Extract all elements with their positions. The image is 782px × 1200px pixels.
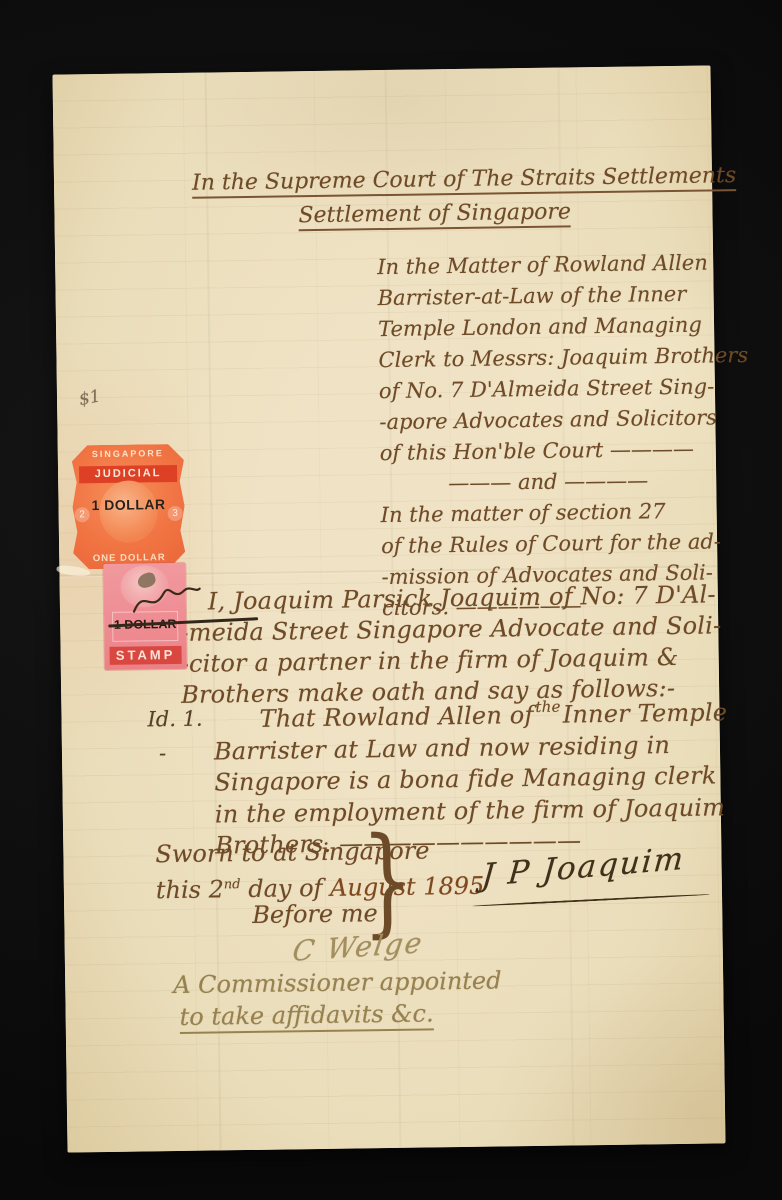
affidavit-page: $1 In the Supreme Court of The Straits S… (53, 65, 726, 1152)
pen-cancellation-mark (130, 583, 202, 620)
matter-and-divider: ——— and ———— (380, 464, 716, 500)
stamp-country-label: SINGAPORE (72, 448, 184, 460)
margin-dash: - (159, 741, 166, 765)
court-heading: In the Supreme Court of The Straits Sett… (192, 163, 736, 196)
matter-line: of this Hon'ble Court ———— (380, 433, 716, 469)
jurat-line: Sworn to at Singapore (155, 835, 484, 871)
caret-insertion: the (535, 692, 561, 724)
commissioner-title-line2: to take affidavits &c. (179, 999, 433, 1031)
pencil-note: $1 (77, 386, 102, 410)
commissioner-signature: C Welge (290, 926, 425, 968)
matter-line: In the Matter of Rowland Allen (377, 247, 713, 283)
judicial-revenue-stamp: SINGAPORE JUDICIAL 2 3 1 DOLLAR ONE DOLL… (72, 444, 186, 570)
jurat-line: this 2nd day of August 1895 (156, 866, 485, 902)
matter-line: Clerk to Messrs: Joaquim Brothers (378, 340, 714, 376)
matter-line: of the Rules of Court for the ad- (381, 526, 717, 562)
matter-line: -apore Advocates and Solicitors (379, 402, 715, 438)
matter-block: In the Matter of Rowland Allen Barrister… (377, 247, 718, 624)
stamp-band: STAMP (110, 646, 182, 665)
photo-backdrop: $1 In the Supreme Court of The Straits S… (0, 0, 782, 1200)
settlement-heading: Settlement of Singapore (298, 199, 571, 228)
oath-paragraph: I, Joaquim Parsick Joaquim of No: 7 D'Al… (180, 579, 723, 711)
matter-line: Temple London and Managing (378, 309, 714, 345)
matter-line: Barrister-at-Law of the Inner (377, 278, 713, 314)
matter-line: of No. 7 D'Almeida Street Sing- (379, 371, 715, 407)
signature-flourish (472, 893, 710, 907)
ordinal-suffix: nd (224, 877, 241, 892)
margin-initials: Id. 1. (147, 707, 202, 732)
jurat-block: Sworn to at Singapore this 2nd day of Au… (155, 835, 485, 933)
jurat-brace: } (361, 819, 414, 944)
commissioner-title-line1: A Commissioner appointed (173, 966, 502, 999)
matter-line: In the matter of section 27 (380, 495, 716, 531)
stamp-value-overprint: 1 DOLLAR (72, 496, 184, 514)
